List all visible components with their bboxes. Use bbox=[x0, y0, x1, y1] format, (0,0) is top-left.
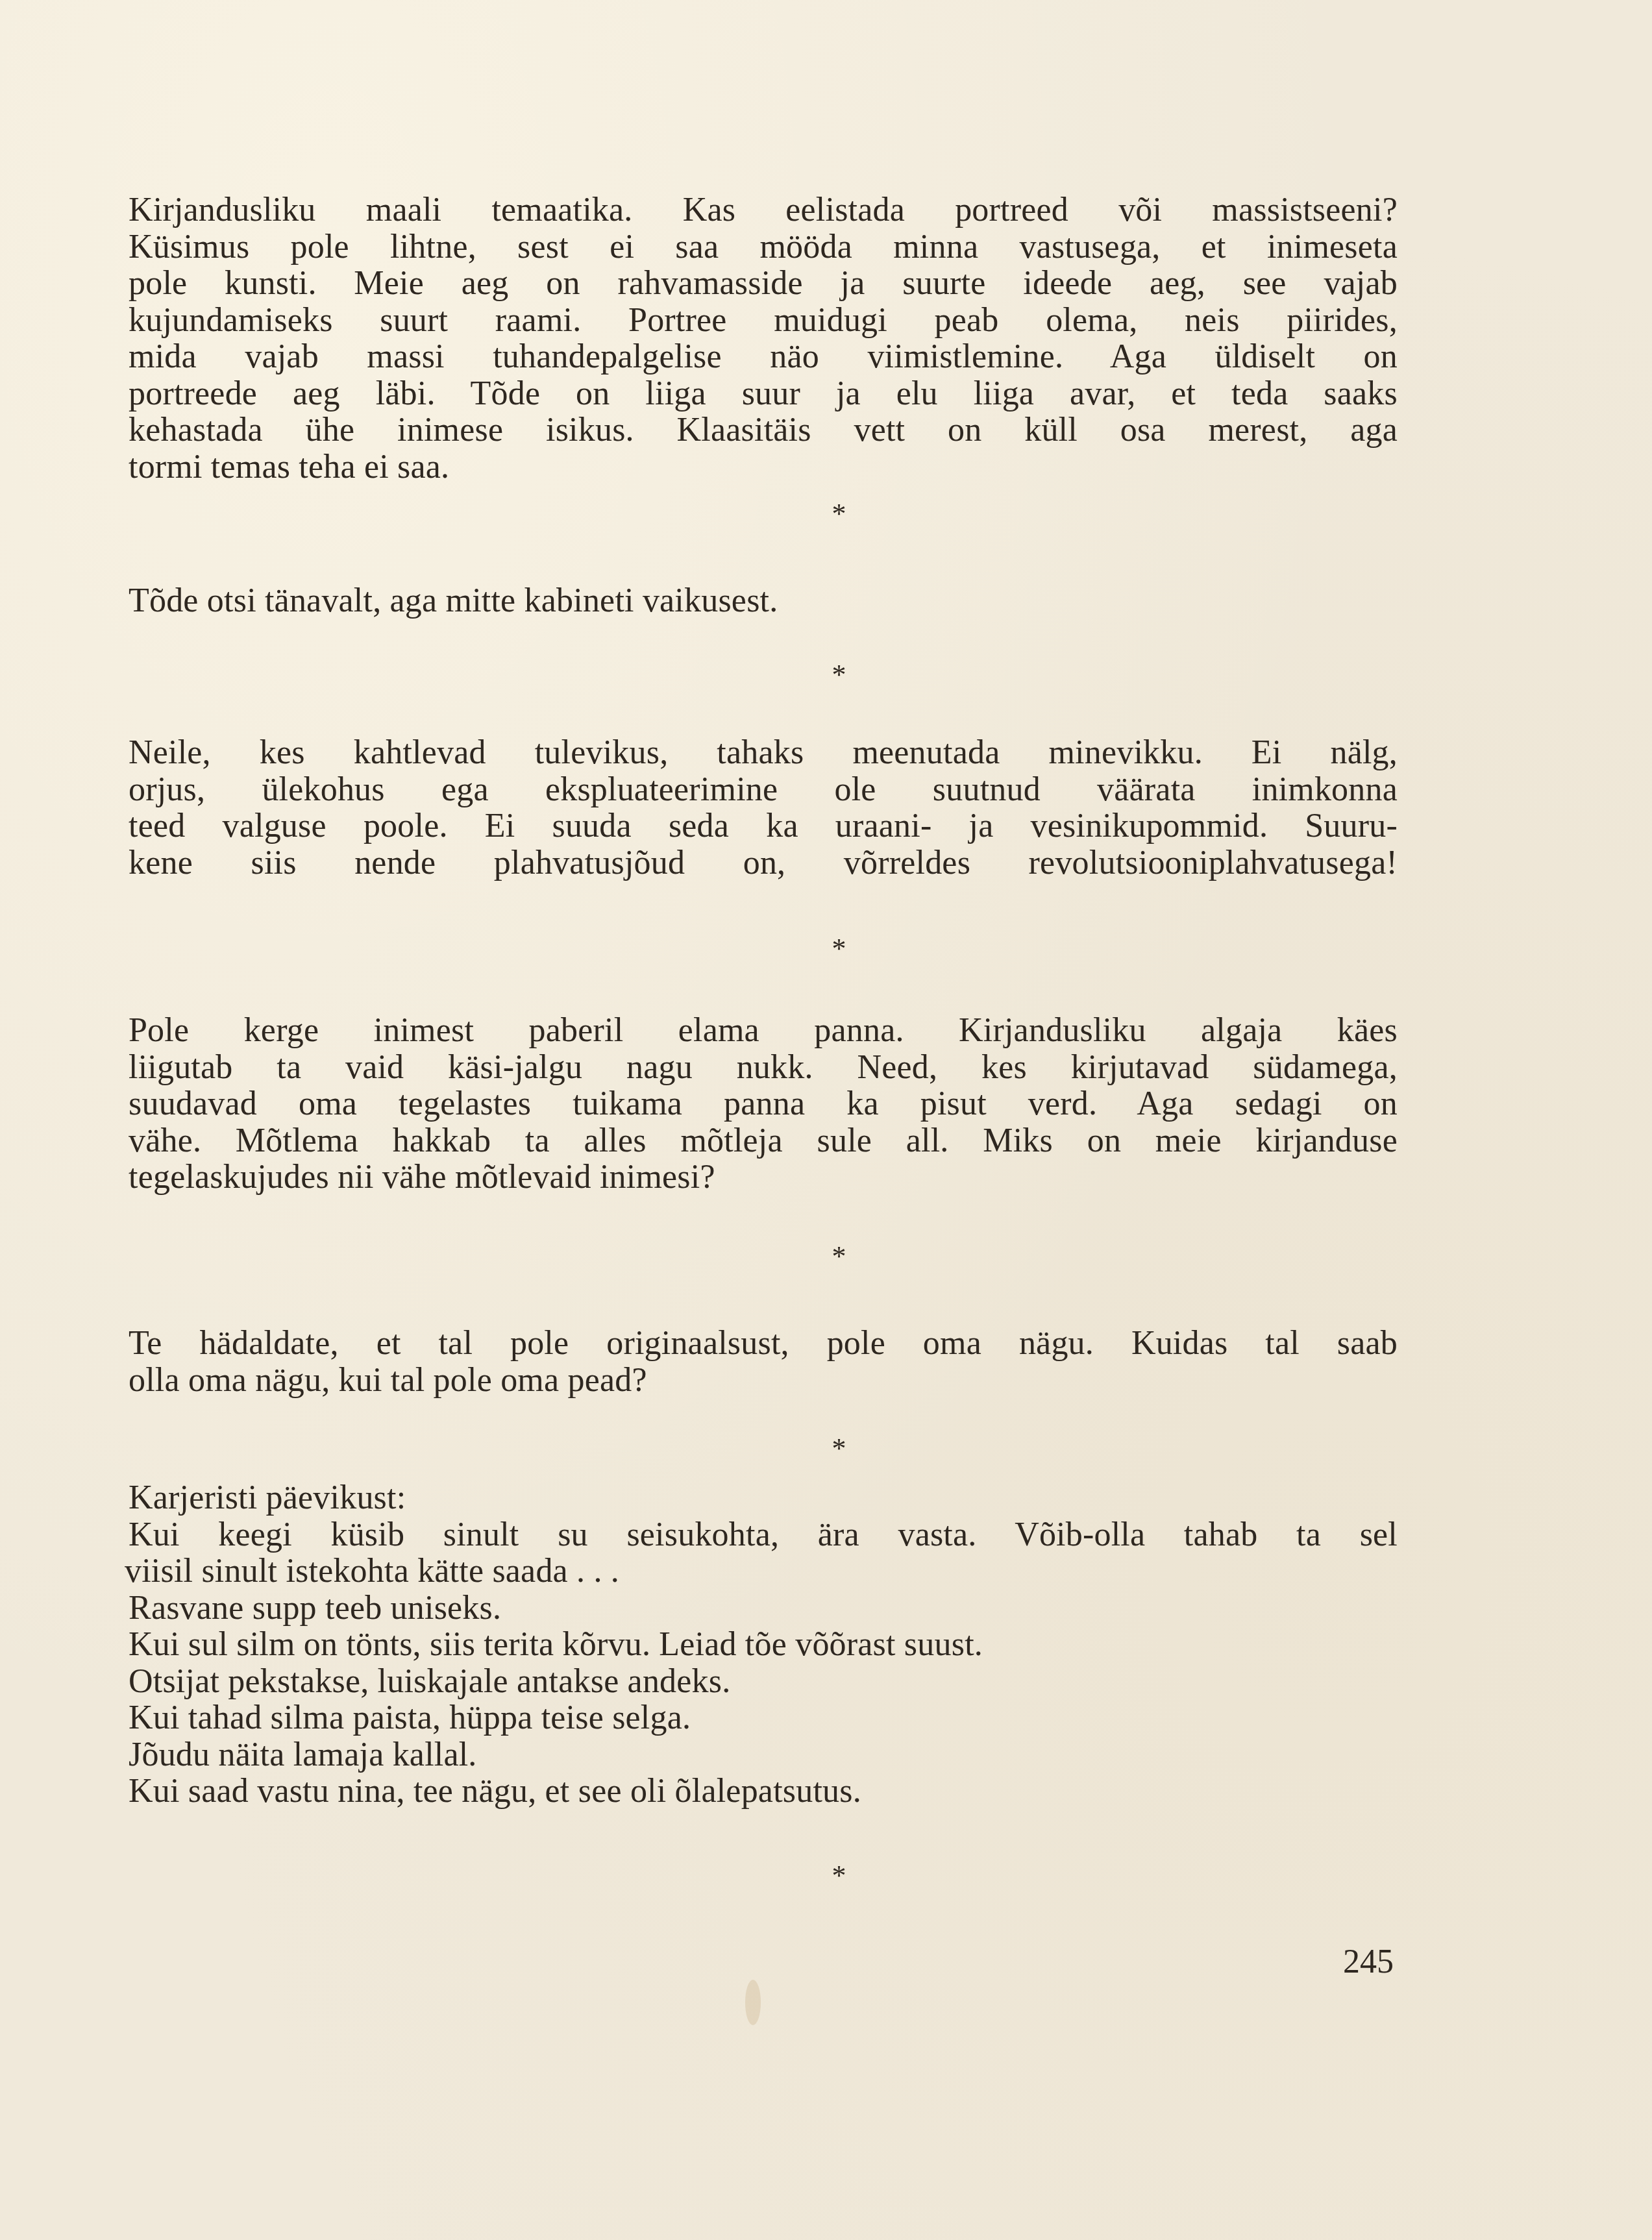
paragraph-pole-kerge: Pole kerge inimest paberil elama panna. … bbox=[129, 1013, 1398, 1196]
text-line: teed valguse poole. Ei suuda seda ka ura… bbox=[129, 808, 1398, 845]
text-line: tegelaskujudes nii vähe mõtlevaid inimes… bbox=[129, 1159, 1398, 1196]
paragraph-maali-temaatika: Kirjandusliku maali temaatika. Kas eelis… bbox=[129, 192, 1398, 486]
diary-line: Otsijat pekstakse, luiskajale antakse an… bbox=[129, 1664, 1398, 1701]
page-number: 245 bbox=[1343, 1944, 1394, 1980]
diary-line: Kui sul silm on tönts, siis terita kõrvu… bbox=[129, 1627, 1398, 1664]
diary-line: Rasvane supp teeb uniseks. bbox=[129, 1590, 1398, 1627]
text-line: mida vajab massi tuhandepalgelise näo vi… bbox=[129, 339, 1398, 376]
section-separator-asterisk: * bbox=[0, 1434, 1652, 1463]
diary-line: Kui keegi küsib sinult su seisukohta, är… bbox=[129, 1517, 1398, 1554]
section-separator-asterisk: * bbox=[0, 1862, 1652, 1890]
text-line: olla oma nägu, kui tal pole oma pead? bbox=[129, 1362, 1398, 1399]
text-line: kene siis nende plahvatusjõud on, võrrel… bbox=[129, 845, 1398, 882]
text-line: Tõde otsi tänavalt, aga mitte kabineti v… bbox=[129, 583, 1398, 620]
section-separator-asterisk: * bbox=[0, 500, 1652, 528]
text-line: tormi temas teha ei saa. bbox=[129, 449, 1398, 486]
book-page: Kirjandusliku maali temaatika. Kas eelis… bbox=[0, 0, 1652, 2240]
diary-line: viisil sinult istekohta kätte saada . . … bbox=[125, 1553, 1398, 1590]
text-line: Kirjandusliku maali temaatika. Kas eelis… bbox=[129, 192, 1398, 229]
paragraph-te-hadaldate: Te hädaldate, et tal pole originaalsust,… bbox=[129, 1325, 1398, 1399]
diary-heading: Karjeristi päevikust: bbox=[129, 1480, 1398, 1517]
text-line: Te hädaldate, et tal pole originaalsust,… bbox=[129, 1325, 1398, 1362]
text-line: kujundamiseks suurt raami. Portree muidu… bbox=[129, 302, 1398, 339]
section-separator-asterisk: * bbox=[0, 1242, 1652, 1271]
paper-stain bbox=[745, 1980, 761, 2025]
text-line: Pole kerge inimest paberil elama panna. … bbox=[129, 1013, 1398, 1050]
diary-line: Kui tahad silma paista, hüppa teise selg… bbox=[129, 1700, 1398, 1737]
text-line: portreede aeg läbi. Tõde on liiga suur j… bbox=[129, 376, 1398, 413]
text-line: vähe. Mõtlema hakkab ta alles mõtleja su… bbox=[129, 1123, 1398, 1160]
diary-line: Jõudu näita lamaja kallal. bbox=[129, 1737, 1398, 1774]
text-line: liigutab ta vaid käsi-jalgu nagu nukk. N… bbox=[129, 1050, 1398, 1087]
text-line: kehastada ühe inimese isikus. Klaasitäis… bbox=[129, 412, 1398, 449]
text-line: Neile, kes kahtlevad tulevikus, tahaks m… bbox=[129, 735, 1398, 772]
section-separator-asterisk: * bbox=[0, 935, 1652, 963]
text-line: suudavad oma tegelastes tuikama panna ka… bbox=[129, 1086, 1398, 1123]
section-separator-asterisk: * bbox=[0, 661, 1652, 689]
paragraph-neile-kes-kahtlevad: Neile, kes kahtlevad tulevikus, tahaks m… bbox=[129, 735, 1398, 881]
diary-excerpt: Karjeristi päevikust: Kui keegi küsib si… bbox=[129, 1480, 1398, 1810]
text-line: orjus, ülekohus ega ekspluateerimine ole… bbox=[129, 772, 1398, 809]
text-line: pole kunsti. Meie aeg on rahvamasside ja… bbox=[129, 265, 1398, 302]
paragraph-tode-otsi: Tõde otsi tänavalt, aga mitte kabineti v… bbox=[129, 583, 1398, 620]
diary-line: Kui saad vastu nina, tee nägu, et see ol… bbox=[129, 1773, 1398, 1810]
text-line: Küsimus pole lihtne, sest ei saa mööda m… bbox=[129, 229, 1398, 266]
